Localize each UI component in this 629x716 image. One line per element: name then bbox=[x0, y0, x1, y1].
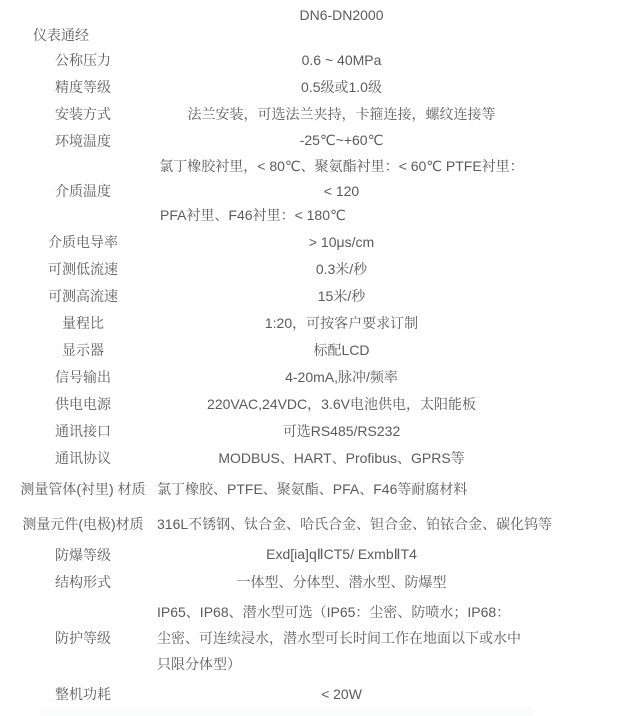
table-row: 环境温度 -25℃~+60℃ bbox=[0, 127, 629, 154]
row-value: 15米/秒 bbox=[150, 286, 533, 306]
value-line: IP65、IP68、潜水型可选（IP65：尘密、防喷水；IP68： bbox=[157, 599, 540, 625]
table-row: 介质电导率 > 10μs/cm bbox=[0, 228, 629, 255]
row-label: 精度等级 bbox=[16, 77, 150, 97]
table-row: 防爆等级 Exd[ia]qⅡCT5/ ExmbⅡT4 bbox=[0, 541, 629, 568]
table-row: 精度等级 0.5级或1.0级 bbox=[0, 73, 629, 100]
row-label: 信号输出 bbox=[16, 367, 150, 387]
row-value: MODBUS、HART、Profibus、GPRS等 bbox=[150, 448, 533, 468]
row-value: 可选RS485/RS232 bbox=[150, 421, 533, 441]
row-label: 防护等级 bbox=[16, 628, 150, 648]
row-label: 通讯协议 bbox=[16, 448, 150, 468]
value-line: 氯丁橡胶衬里，< 80℃、聚氨酯衬里：< 60℃ PTFE衬里： bbox=[150, 154, 533, 179]
row-label: 显示器 bbox=[16, 340, 150, 360]
table-row: 公称压力 0.6 ~ 40MPa bbox=[0, 46, 629, 73]
row-value: 标配LCD bbox=[150, 340, 533, 360]
row-label: 测量管体(衬里) 材质 bbox=[16, 479, 150, 499]
row-value: 316L不锈钢、钛合金、哈氏合金、钽合金、铂铱合金、碳化钨等 bbox=[150, 514, 540, 534]
table-row: 通讯协议 MODBUS、HART、Profibus、GPRS等 bbox=[0, 444, 629, 471]
row-value: 220VAC,24VDC，3.6V电池供电，太阳能板 bbox=[150, 394, 533, 414]
table-row: 量程比 1:20，可按客户要求订制 bbox=[0, 309, 629, 336]
row-value: 0.3米/秒 bbox=[150, 259, 533, 279]
table-row: 介质温度 氯丁橡胶衬里，< 80℃、聚氨酯衬里：< 60℃ PTFE衬里： < … bbox=[0, 154, 629, 228]
row-value: 氯丁橡胶衬里，< 80℃、聚氨酯衬里：< 60℃ PTFE衬里： < 120 P… bbox=[150, 154, 533, 228]
row-label: 结构形式 bbox=[16, 572, 150, 592]
row-value: 1:20，可按客户要求订制 bbox=[150, 313, 533, 333]
table-row: 结构形式 一体型、分体型、潜水型、防爆型 bbox=[0, 568, 629, 595]
row-value: < 20W bbox=[150, 686, 533, 702]
row-value: IP65、IP68、潜水型可选（IP65：尘密、防喷水；IP68： 尘密、可连续… bbox=[150, 599, 540, 677]
row-label: 仪表通经 bbox=[0, 25, 128, 46]
row-label: 安装方式 bbox=[16, 104, 150, 124]
table-row: 整机功耗 < 20W bbox=[0, 680, 629, 707]
value-line: 尘密、可连续浸水，潜水型可长时间工作在地面以下或水中 bbox=[157, 625, 540, 651]
row-label: 测量元件(电极)材质 bbox=[16, 514, 150, 534]
row-label: 整机功耗 bbox=[16, 684, 150, 704]
row-value: 一体型、分体型、潜水型、防爆型 bbox=[150, 572, 533, 592]
row-value: DN6-DN2000 bbox=[150, 6, 533, 23]
row-label: 介质电导率 bbox=[16, 232, 150, 252]
bottom-band bbox=[40, 707, 533, 716]
row-value: 0.6 ~ 40MPa bbox=[150, 52, 533, 68]
row-label: 环境温度 bbox=[16, 131, 150, 151]
row-value: 0.5级或1.0级 bbox=[150, 77, 533, 97]
row-value: 法兰安装，可选法兰夹持，卡箍连接，螺纹连接等 bbox=[150, 104, 533, 124]
row-label: 供电电源 bbox=[16, 394, 150, 414]
table-row: 可测低流速 0.3米/秒 bbox=[0, 255, 629, 282]
row-value: -25℃~+60℃ bbox=[150, 132, 533, 149]
row-value: 氯丁橡胶、PTFE、聚氨酯、PFA、F46等耐腐材料 bbox=[150, 479, 540, 499]
value-line: 只限分体型） bbox=[157, 651, 540, 677]
row-value: > 10μs/cm bbox=[150, 234, 533, 250]
row-label: 量程比 bbox=[16, 313, 150, 333]
table-row: 可测高流速 15米/秒 bbox=[0, 282, 629, 309]
row-label: 可测低流速 bbox=[16, 259, 150, 279]
table-row: 信号输出 4-20mA,脉冲/频率 bbox=[0, 363, 629, 390]
value-line: PFA衬里、F46衬里：< 180℃ bbox=[150, 203, 533, 228]
spec-table: 仪表通经 DN6-DN2000 公称压力 0.6 ~ 40MPa 精度等级 0.… bbox=[0, 0, 629, 716]
row-label: 公称压力 bbox=[16, 50, 150, 70]
row-value: Exd[ia]qⅡCT5/ ExmbⅡT4 bbox=[150, 546, 533, 563]
table-row: 安装方式 法兰安装，可选法兰夹持，卡箍连接，螺纹连接等 bbox=[0, 100, 629, 127]
table-row: 测量元件(电极)材质 316L不锈钢、钛合金、哈氏合金、钽合金、铂铱合金、碳化钨… bbox=[0, 506, 629, 541]
row-label: 通讯接口 bbox=[16, 421, 150, 441]
table-row: 仪表通经 DN6-DN2000 bbox=[0, 6, 629, 46]
table-row: 通讯接口 可选RS485/RS232 bbox=[0, 417, 629, 444]
value-line: < 120 bbox=[150, 179, 533, 204]
row-label: 介质温度 bbox=[16, 181, 150, 201]
table-row: 测量管体(衬里) 材质 氯丁橡胶、PTFE、聚氨酯、PFA、F46等耐腐材料 bbox=[0, 471, 629, 506]
table-row: 供电电源 220VAC,24VDC，3.6V电池供电，太阳能板 bbox=[0, 390, 629, 417]
table-row: 防护等级 IP65、IP68、潜水型可选（IP65：尘密、防喷水；IP68： 尘… bbox=[0, 595, 629, 680]
row-label: 防爆等级 bbox=[16, 545, 150, 565]
table-row: 显示器 标配LCD bbox=[0, 336, 629, 363]
row-value: 4-20mA,脉冲/频率 bbox=[150, 367, 533, 387]
row-label: 可测高流速 bbox=[16, 286, 150, 306]
